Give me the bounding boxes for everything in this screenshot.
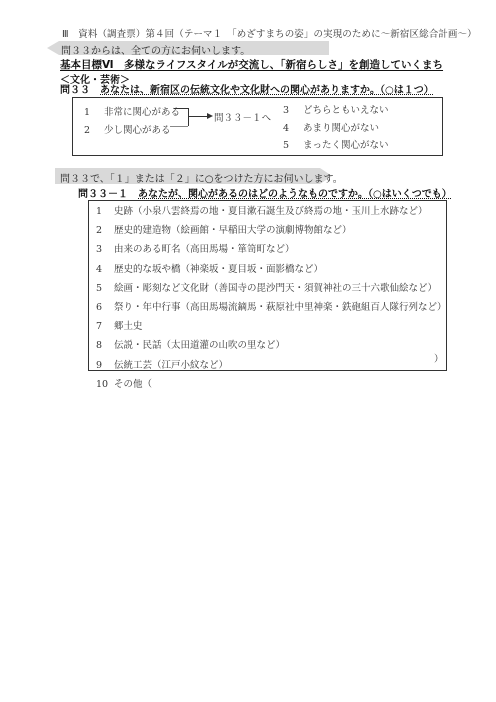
instruction-banner-all-text: 問３３からは、全ての方にお伺いします。 — [61, 42, 250, 57]
q33-option-3[interactable]: 3どちらともいえない — [283, 102, 389, 116]
q33-option-4[interactable]: 4あまり関心がない — [283, 120, 379, 134]
question-33-1-options: 1史跡（小泉八雲終焉の地・夏目漱石誕生及び終焉の地・玉川上水跡など） 2歴史的建… — [96, 206, 447, 398]
instruction-banner-sub-text: 問３３で、「１」または「２」に○をつけた方にお伺いします。 — [60, 170, 343, 185]
bracket-line — [174, 108, 188, 109]
bracket-line — [188, 108, 189, 126]
q33-1-option-8[interactable]: 8伝説・民話（太田道灌の山吹の里など） — [96, 340, 447, 359]
q33-1-option-2[interactable]: 2歴史的建造物（絵画館・早稲田大学の演劇博物館など） — [96, 225, 447, 244]
q33-1-option-10-other[interactable]: 10その他（ — [96, 379, 447, 398]
q33-1-option-7[interactable]: 7郷土史 — [96, 321, 447, 340]
q33-1-option-5[interactable]: 5絵画・彫刻など文化財（善国寺の毘沙門天・須賀神社の三十六歌仙絵など） — [96, 283, 447, 302]
question-33-note: （○は１つ） — [380, 85, 434, 96]
q33-option-1[interactable]: 1非常に関心がある — [84, 104, 180, 118]
q33-1-option-6[interactable]: 6祭り・年中行事（高田馬場流鏑馬・萩原社中里神楽・鉄砲組百人隊行列など） — [96, 302, 447, 321]
bracket-line — [170, 126, 188, 127]
goal-heading: 基本目標Ⅵ 多様なライフスタイルが交流し、「新宿らしさ」を創造していくまち — [60, 57, 443, 72]
q33-1-option-3[interactable]: 3由来のある町名（高田馬場・箪笥町など） — [96, 244, 447, 263]
other-close-paren: ） — [434, 351, 444, 365]
question-33-1: 問３３－１ あなたが、関心があるのはどのようなものですか。（○はいくつでも） — [78, 185, 452, 200]
q33-option-2[interactable]: 2少し関心がある — [84, 122, 171, 136]
section-header: Ⅲ 資料（調査票）第４回（テーマ１ 「めざすまちの姿」の実現のために～新宿区総合… — [62, 26, 477, 40]
question-33-1-text: あなたが、関心があるのはどのようなものですか。 — [138, 189, 368, 200]
question-33-text: あなたは、新宿区の伝統文化や文化財への関心がありますか。 — [100, 85, 380, 96]
question-33-1-number: 問３３－１ — [78, 189, 128, 200]
q33-1-option-4[interactable]: 4歴史的な坂や橋（神楽坂・夏目坂・面影橋など） — [96, 264, 447, 283]
goto-question-33-1: 問３３－１へ — [214, 110, 271, 124]
q33-1-option-1[interactable]: 1史跡（小泉八雲終焉の地・夏目漱石誕生及び終焉の地・玉川上水跡など） — [96, 206, 447, 225]
arrow-head-icon — [207, 113, 213, 119]
question-33-number: 問３３ — [60, 85, 90, 96]
question-33-1-note: （○はいくつでも） — [368, 189, 452, 200]
question-33: 問３３ あなたは、新宿区の伝統文化や文化財への関心がありますか。（○は１つ） — [60, 81, 434, 96]
q33-option-5[interactable]: 5まったく関心がない — [283, 137, 389, 151]
q33-1-option-9[interactable]: 9伝統工芸（江戸小紋など） — [96, 360, 447, 379]
